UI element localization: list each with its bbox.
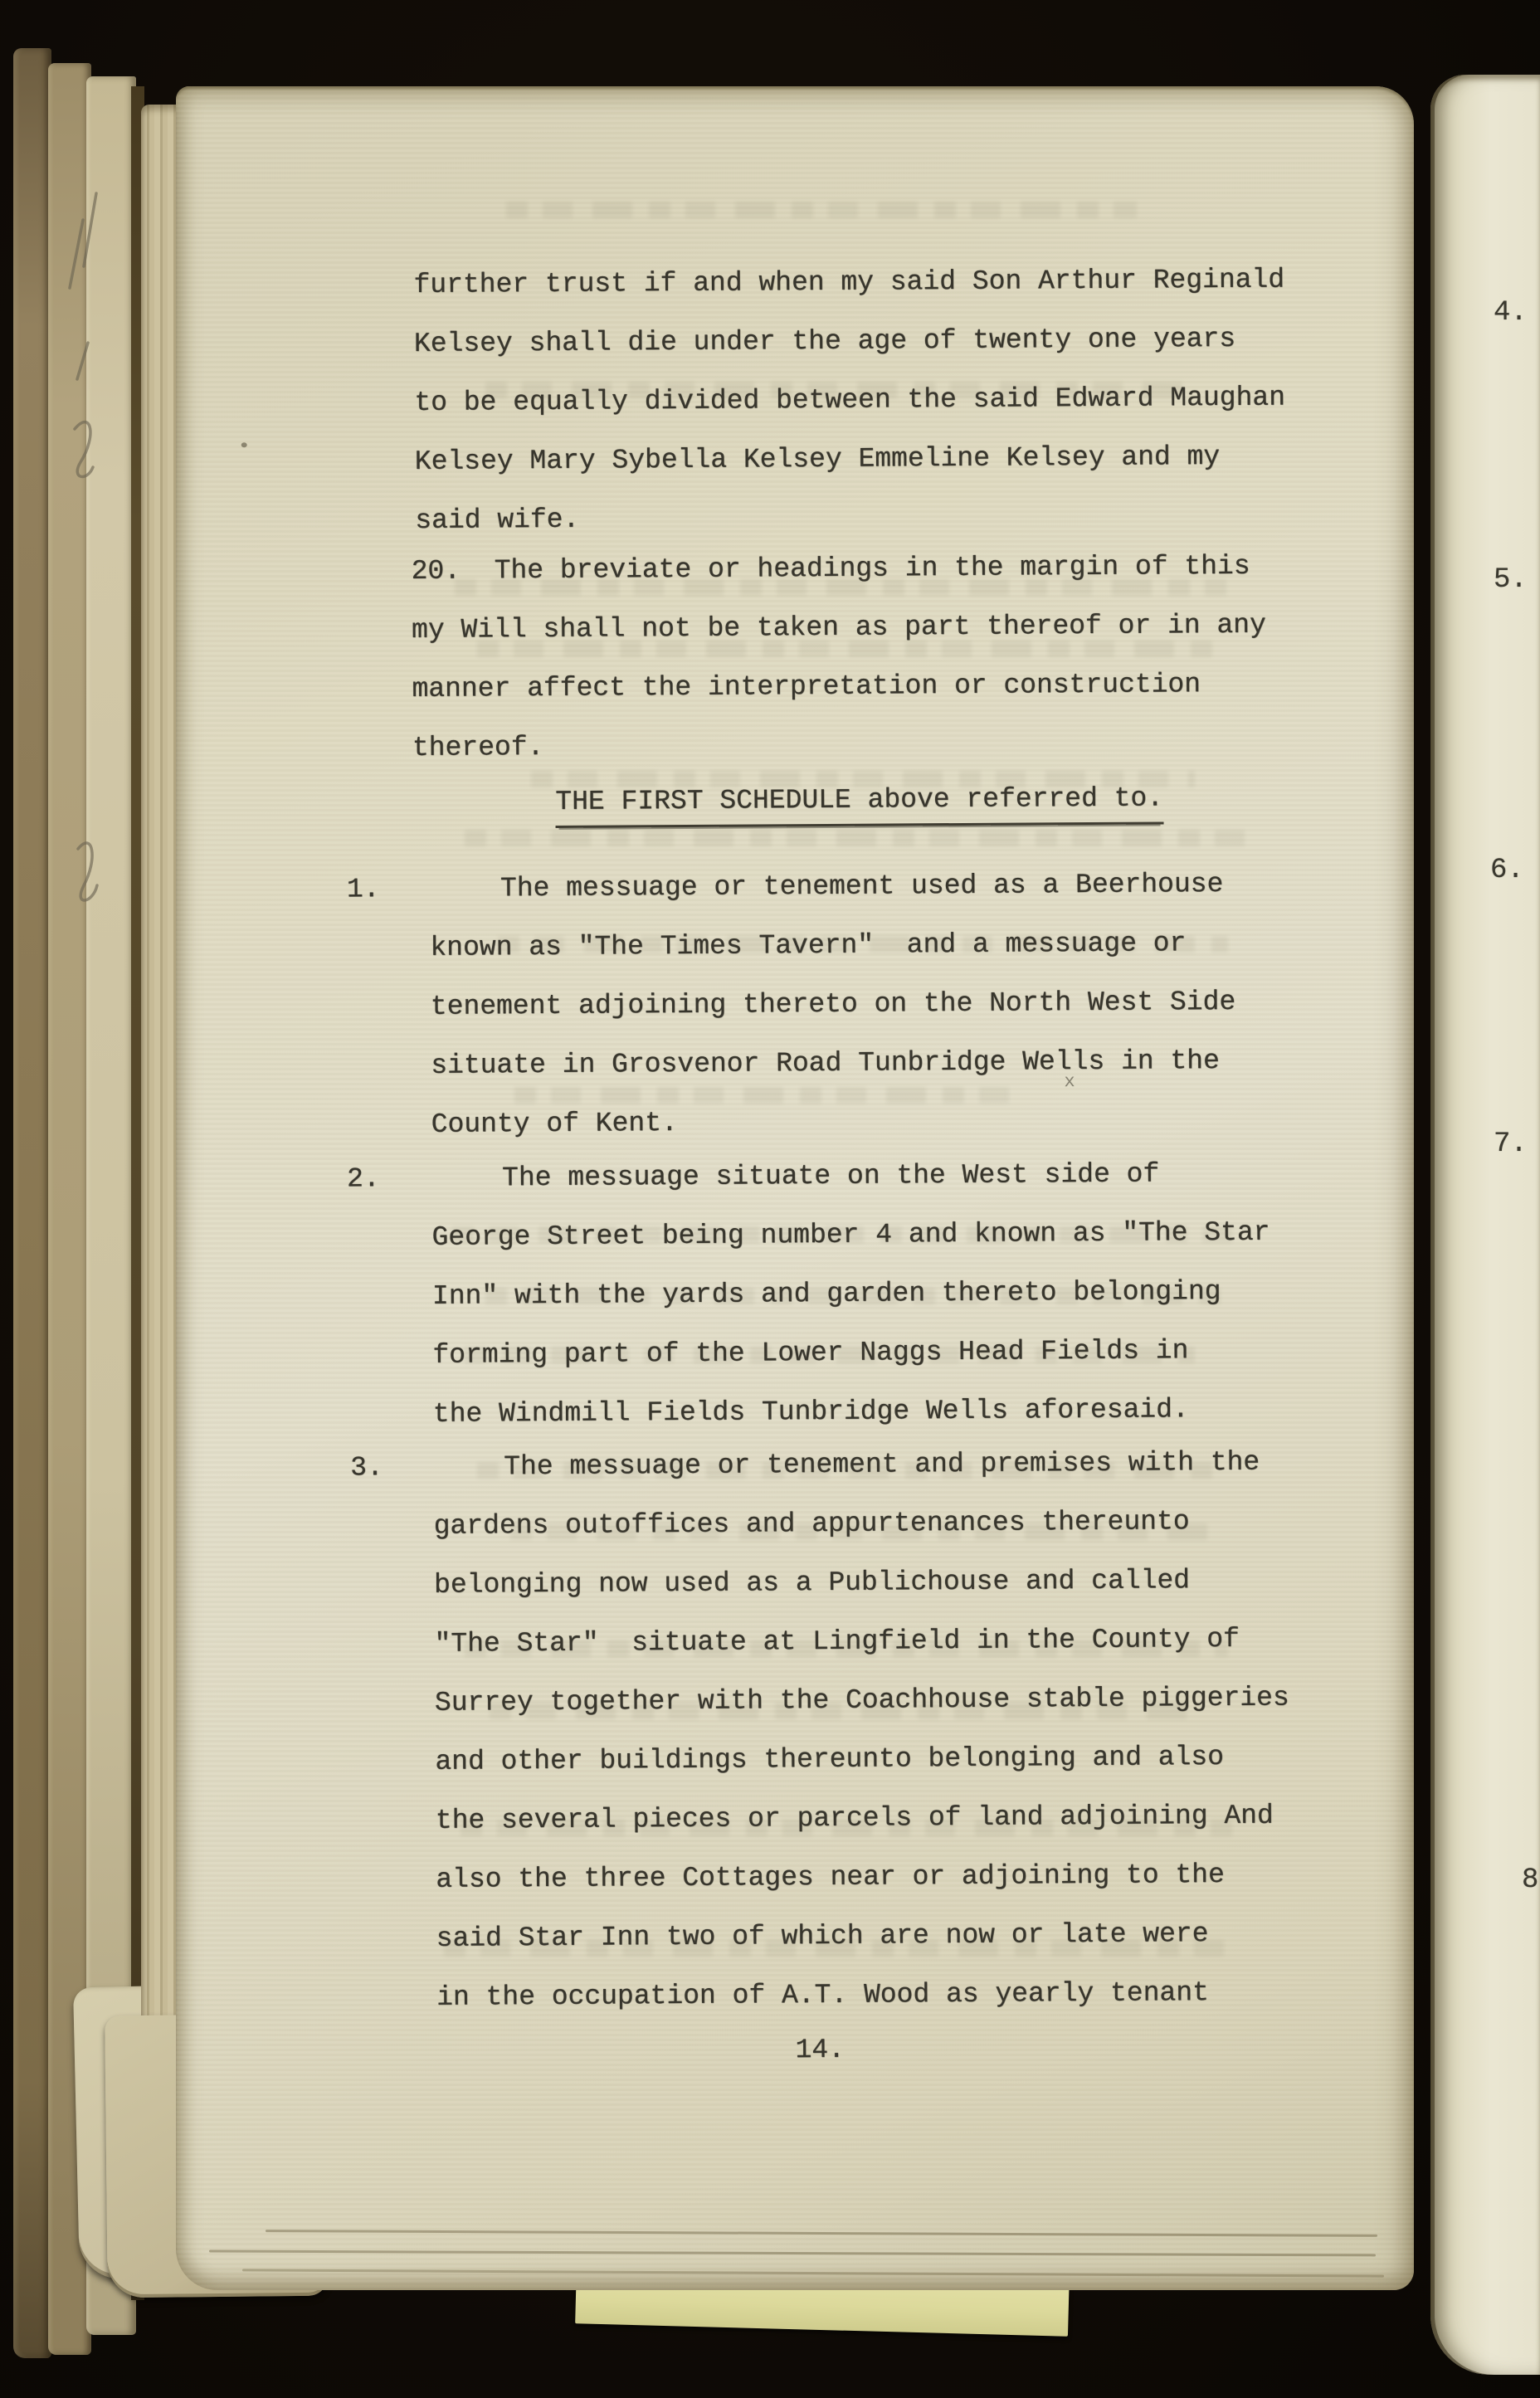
margin-number: 7. bbox=[1494, 1128, 1528, 1160]
schedule-item-1-text: The messuage or tenement used as a Beerh… bbox=[430, 854, 1386, 1154]
typewritten-text-layer: further trust if and when my said Son Ar… bbox=[0, 0, 1540, 2398]
schedule-item-3-number: 3. bbox=[350, 1438, 383, 1497]
margin-number: 4. bbox=[1494, 297, 1528, 329]
stray-typed-mark: x bbox=[1064, 1071, 1075, 1092]
scanned-will-page: { "document": { "type": "typewritten wil… bbox=[0, 0, 1540, 2398]
margin-number: 8 bbox=[1522, 1864, 1538, 1896]
margin-number: 5. bbox=[1494, 564, 1528, 596]
ink-speck bbox=[241, 442, 247, 447]
continuation-paragraph: further trust if and when my said Son Ar… bbox=[413, 250, 1369, 550]
schedule-item-3-text: The messuage or tenement and premises wi… bbox=[433, 1432, 1399, 2027]
schedule-heading: THE FIRST SCHEDULE above referred to. bbox=[555, 780, 1163, 827]
schedule-item-2-text: The messuage situate on the West side of… bbox=[431, 1143, 1387, 1444]
margin-number: 6. bbox=[1490, 855, 1524, 886]
clause-20-text: The breviate or headings in the margin o… bbox=[411, 536, 1375, 777]
schedule-item-2-number: 2. bbox=[347, 1149, 380, 1208]
schedule-item-1-number: 1. bbox=[347, 860, 380, 919]
page-number: 14. bbox=[795, 2020, 845, 2079]
